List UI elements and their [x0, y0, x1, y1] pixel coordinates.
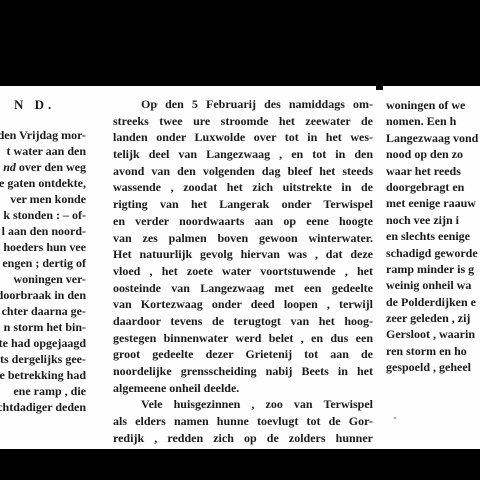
text-line: groot gedeelte dezer Grietenij tot aan d… [113, 346, 373, 363]
text-line: hoeders hun vee [0, 239, 86, 255]
text-line: van zes palmen boven gewoon winterwater. [113, 230, 373, 247]
column-right: woningen of we nomen. Een h Langezwaag v… [386, 97, 480, 376]
text-line: Op den 5 Februarij des namiddags om- [113, 96, 373, 113]
scan-speck [156, 103, 158, 105]
text-line: en slechts eenige [386, 228, 480, 244]
text-line: chter daarna ge- [0, 303, 86, 319]
text-line: algemeene onheil deelde. [113, 380, 373, 397]
text-line: ets dergelijks gee- [0, 351, 86, 367]
text-line: e gaten ontdekte, [0, 175, 86, 191]
text-line: daardoor tevens de terugtogt van het hoo… [113, 313, 373, 330]
text-line: zeer geleden , zij [386, 310, 480, 326]
text-line: nd over den weg [0, 159, 86, 175]
text-line: telijk deel van Langezwaag , en tot in d… [113, 146, 373, 163]
text-line: waar het reeds [386, 163, 480, 179]
text-line: ene ramp , die [0, 383, 86, 399]
scan-speck [394, 417, 396, 419]
text-line: engen ; dertig of [0, 255, 86, 271]
text-line: van Kortezwaag onder deed loopen , terwi… [113, 296, 373, 313]
italic-fragment: nd [3, 160, 16, 174]
text-line: redijk , redden zich op de zolders hunne… [113, 430, 373, 447]
text-line: Vele huisgezinnen , zoo van Terwispel [113, 396, 373, 413]
text-line: n storm het bin- [0, 319, 86, 335]
text-line: ramp minder is g [386, 261, 480, 277]
column-middle: Op den 5 Februarij des namiddags om- str… [113, 96, 373, 446]
text-line: landen onder Luxwolde over tot in het we… [113, 129, 373, 146]
text-line: l aan den noord- [0, 223, 86, 239]
text-line: oosteinde van Langezwaag met een gedeelt… [113, 280, 373, 297]
text-line: met eenige raauw [386, 195, 480, 211]
text-line: wassende , zoodat het zich uitstrekte in… [113, 179, 373, 196]
text-line: streeks twee ure stroomde het zeewater d… [113, 113, 373, 130]
text-line: de Polderdijken e [386, 294, 480, 310]
column-left: den Vrijdag mor- t water aan den nd over… [0, 127, 86, 415]
text-line: den Vrijdag mor- [0, 127, 86, 143]
text-line: gestegen binnenwater werd belet , en dus… [113, 330, 373, 347]
text-line: nood op den zo [386, 146, 480, 162]
text-line: rigting van het Langerak onder Terwispel [113, 196, 373, 213]
text-line: woningen of we [386, 97, 480, 113]
text-line: en verder noordwaarts aan op eene hoogte [113, 213, 373, 230]
text-line: ver men konde [0, 191, 86, 207]
top-letterbox-bar [0, 0, 480, 86]
text-line: als elders namen hunne toevlugt tot de G… [113, 413, 373, 430]
text-line: woningen ver- [0, 271, 86, 287]
text-line: noch vee zijn i [386, 212, 480, 228]
text-line: doorbraak in den [0, 287, 86, 303]
text-line: ren storm en ho [386, 343, 480, 359]
text-line: Het natuurlijk gevolg hiervan was , dat … [113, 246, 373, 263]
text-line: chtdadiger deden [0, 399, 86, 415]
text-line: t water aan den [0, 143, 86, 159]
text-line: e betrekking had [0, 367, 86, 383]
text-line: vloed , het zoete water voortstuwende , … [113, 263, 373, 280]
text-line: weinig onheil wa [386, 277, 480, 293]
bottom-letterbox-bar [0, 449, 480, 480]
scan-notch-mark [376, 86, 383, 90]
text-line: noordelijke grensscheiding nabij Beets i… [113, 363, 373, 380]
heading-fragment: N D. [14, 97, 55, 113]
text-line: avond van den volgenden dag bleef het st… [113, 163, 373, 180]
text-fragment: over den weg [16, 160, 86, 174]
text-line: gespoeld , geheel [386, 359, 480, 375]
text-line: Langezwaag vond [386, 130, 480, 146]
text-line: k stonden : – of- [0, 207, 86, 223]
text-line: nomen. Een h [386, 113, 480, 129]
text-line: doorgebragt en [386, 179, 480, 195]
text-line: gte had opgejaagd [0, 335, 86, 351]
text-line: Gersloot , waarin [386, 326, 480, 342]
text-line: schadigd geworde [386, 245, 480, 261]
